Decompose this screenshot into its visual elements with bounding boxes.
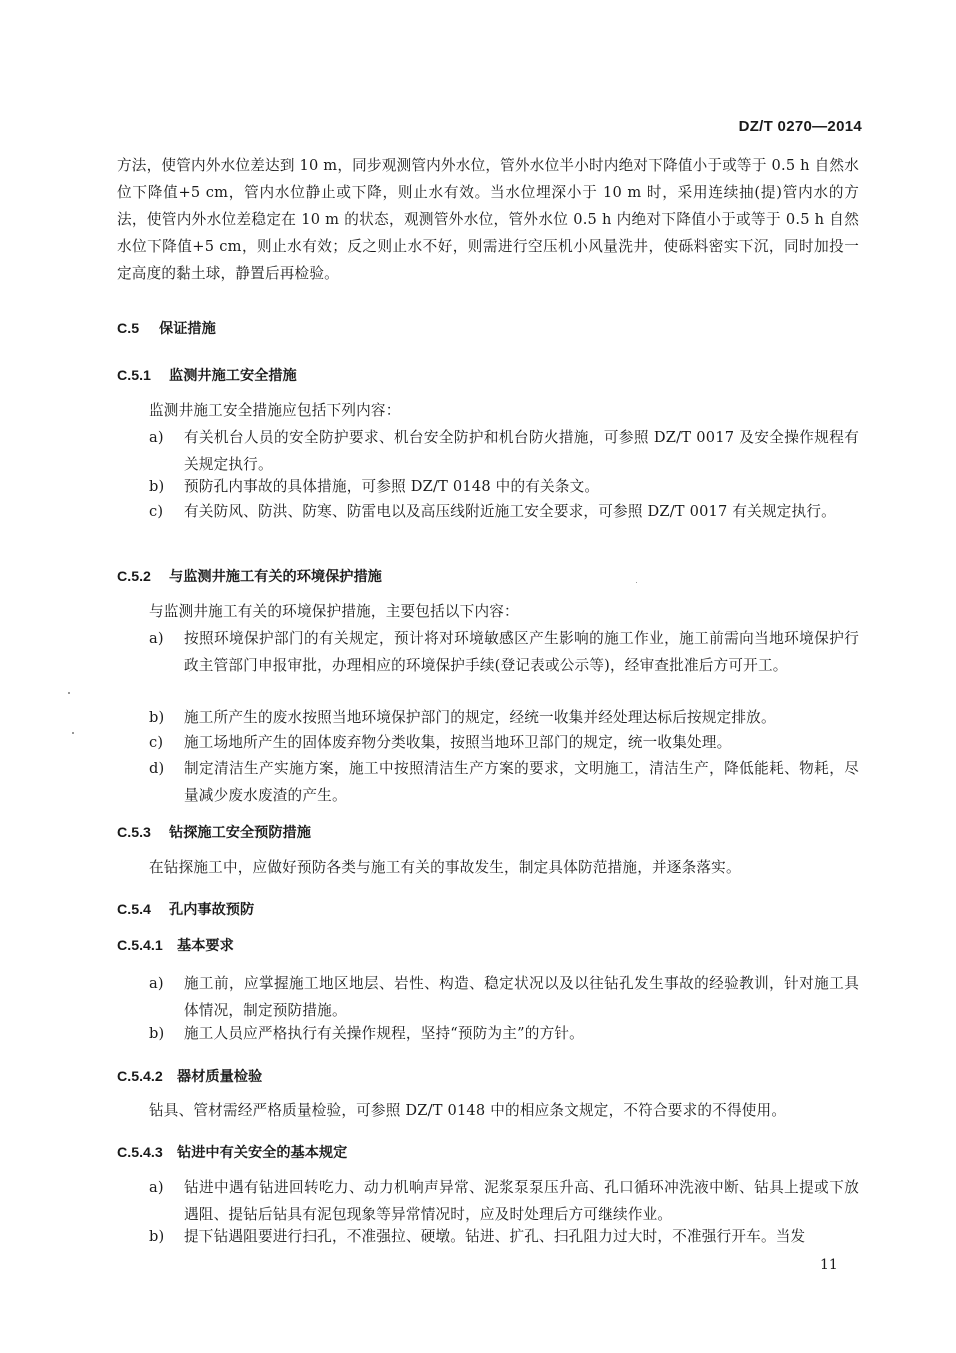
section-title: 钻进中有关安全的基本规定 bbox=[177, 1145, 347, 1161]
list-label: b) bbox=[149, 704, 179, 731]
scan-speck bbox=[68, 692, 70, 694]
section-title: 钻探施工安全预防措施 bbox=[169, 825, 311, 841]
list-label: a) bbox=[149, 970, 179, 997]
section-title: 监测井施工安全措施 bbox=[169, 368, 297, 384]
list-text: 施工场地所产生的固体废弃物分类收集，按照当地环卫部门的规定，统一收集处理。 bbox=[184, 729, 859, 756]
section-lead: 监测井施工安全措施应包括下列内容： bbox=[149, 397, 859, 424]
section-body: 钻具、管材需经严格质量检验，可参照 DZ/T 0148 中的相应条文规定，不符合… bbox=[149, 1097, 859, 1124]
scan-speck bbox=[636, 582, 637, 583]
list-item: a) 按照环境保护部门的有关规定，预计将对环境敏感区产生影响的施工作业，施工前需… bbox=[149, 625, 859, 679]
section-heading-c5-4-1: C.5.4.1基本要求 bbox=[117, 935, 234, 955]
list-label: b) bbox=[149, 1223, 179, 1250]
list-text: 按照环境保护部门的有关规定，预计将对环境敏感区产生影响的施工作业，施工前需向当地… bbox=[184, 625, 859, 679]
list-text: 制定清洁生产实施方案，施工中按照清洁生产方案的要求，文明施工，清洁生产，降低能耗… bbox=[184, 755, 859, 809]
section-heading-c5-4-2: C.5.4.2器材质量检验 bbox=[117, 1066, 262, 1086]
section-title: 基本要求 bbox=[177, 938, 234, 954]
list-item: a) 施工前，应掌握施工地区地层、岩性、构造、稳定状况以及以往钻孔发生事故的经验… bbox=[149, 970, 859, 1024]
document-page: DZ/T 0270—2014 方法，使管内外水位差达到 10 m，同步观测管内外… bbox=[0, 0, 956, 1353]
section-title: 孔内事故预防 bbox=[169, 902, 254, 918]
section-number: C.5.2 bbox=[117, 569, 169, 585]
list-text: 提下钻遇阻要进行扫孔，不准强拉、硬墩。钻进、扩孔、扫孔阻力过大时，不准强行开车。… bbox=[184, 1223, 859, 1250]
section-heading-c5-3: C.5.3钻探施工安全预防措施 bbox=[117, 822, 311, 842]
list-label: c) bbox=[149, 498, 179, 525]
list-label: b) bbox=[149, 1020, 179, 1047]
standard-code-header: DZ/T 0270—2014 bbox=[739, 118, 862, 135]
list-text: 施工人员应严格执行有关操作规程，坚持“预防为主”的方针。 bbox=[184, 1020, 859, 1047]
list-item: b) 施工所产生的废水按照当地环境保护部门的规定，经统一收集并经处理达标后按规定… bbox=[149, 704, 859, 731]
intro-paragraph: 方法，使管内外水位差达到 10 m，同步观测管内外水位，管外水位半小时内绝对下降… bbox=[117, 152, 859, 287]
list-label: a) bbox=[149, 625, 179, 652]
list-text: 钻进中遇有钻进回转吃力、动力机响声异常、泥浆泵泵压升高、孔口循环冲洗液中断、钻具… bbox=[184, 1174, 859, 1228]
list-item: c) 有关防风、防洪、防寒、防雷电以及高压线附近施工安全要求，可参照 DZ/T … bbox=[149, 498, 859, 525]
section-number: C.5.4.3 bbox=[117, 1145, 177, 1161]
section-number: C.5 bbox=[117, 321, 159, 337]
list-text: 有关防风、防洪、防寒、防雷电以及高压线附近施工安全要求，可参照 DZ/T 001… bbox=[184, 498, 859, 525]
section-title: 保证措施 bbox=[159, 321, 216, 337]
list-label: a) bbox=[149, 1174, 179, 1201]
section-heading-c5-1: C.5.1监测井施工安全措施 bbox=[117, 365, 297, 385]
list-item: a) 钻进中遇有钻进回转吃力、动力机响声异常、泥浆泵泵压升高、孔口循环冲洗液中断… bbox=[149, 1174, 859, 1228]
list-item: c) 施工场地所产生的固体废弃物分类收集，按照当地环卫部门的规定，统一收集处理。 bbox=[149, 729, 859, 756]
section-number: C.5.4.1 bbox=[117, 938, 177, 954]
list-label: c) bbox=[149, 729, 179, 756]
scan-speck bbox=[72, 732, 74, 734]
list-item: a) 有关机台人员的安全防护要求、机台安全防护和机台防火措施，可参照 DZ/T … bbox=[149, 424, 859, 478]
section-heading-c5-4-3: C.5.4.3钻进中有关安全的基本规定 bbox=[117, 1142, 347, 1162]
section-number: C.5.4.2 bbox=[117, 1069, 177, 1085]
section-title: 器材质量检验 bbox=[177, 1069, 262, 1085]
list-text: 有关机台人员的安全防护要求、机台安全防护和机台防火措施，可参照 DZ/T 001… bbox=[184, 424, 859, 478]
section-number: C.5.1 bbox=[117, 368, 169, 384]
section-lead: 与监测井施工有关的环境保护措施，主要包括以下内容： bbox=[149, 598, 859, 625]
list-item: b) 提下钻遇阻要进行扫孔，不准强拉、硬墩。钻进、扩孔、扫孔阻力过大时，不准强行… bbox=[149, 1223, 859, 1250]
list-label: b) bbox=[149, 473, 179, 500]
list-label: a) bbox=[149, 424, 179, 451]
section-body: 在钻探施工中，应做好预防各类与施工有关的事故发生，制定具体防范措施，并逐条落实。 bbox=[149, 854, 859, 881]
list-item: d) 制定清洁生产实施方案，施工中按照清洁生产方案的要求，文明施工，清洁生产，降… bbox=[149, 755, 859, 809]
list-item: b) 预防孔内事故的具体措施，可参照 DZ/T 0148 中的有关条文。 bbox=[149, 473, 859, 500]
list-item: b) 施工人员应严格执行有关操作规程，坚持“预防为主”的方针。 bbox=[149, 1020, 859, 1047]
page-number: 11 bbox=[820, 1257, 838, 1273]
list-text: 施工前，应掌握施工地区地层、岩性、构造、稳定状况以及以往钻孔发生事故的经验教训，… bbox=[184, 970, 859, 1024]
section-heading-c5: C.5保证措施 bbox=[117, 318, 216, 338]
section-heading-c5-2: C.5.2与监测井施工有关的环境保护措施 bbox=[117, 566, 382, 586]
list-text: 预防孔内事故的具体措施，可参照 DZ/T 0148 中的有关条文。 bbox=[184, 473, 859, 500]
section-number: C.5.3 bbox=[117, 825, 169, 841]
section-title: 与监测井施工有关的环境保护措施 bbox=[169, 569, 382, 585]
list-text: 施工所产生的废水按照当地环境保护部门的规定，经统一收集并经处理达标后按规定排放。 bbox=[184, 704, 859, 731]
section-heading-c5-4: C.5.4孔内事故预防 bbox=[117, 899, 254, 919]
list-label: d) bbox=[149, 755, 179, 782]
section-number: C.5.4 bbox=[117, 902, 169, 918]
